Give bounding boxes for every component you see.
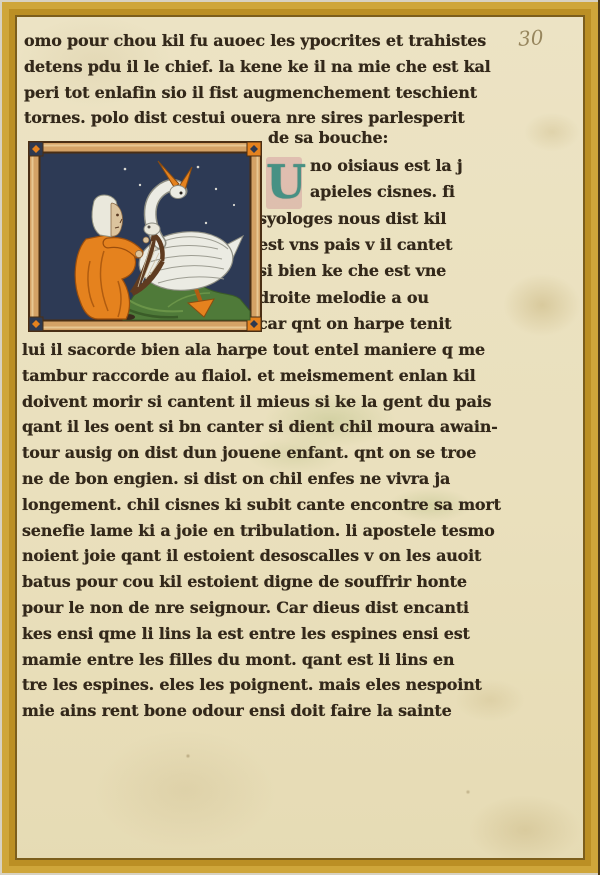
- illuminated-initial: U: [266, 157, 302, 209]
- right-column-indented: no oisiaus est la j apieles cisnes. fi: [310, 153, 462, 205]
- text-line: qant il les oent si bn canter si dient c…: [22, 414, 501, 440]
- text-line: lui il sacorde bien ala harpe tout entel…: [22, 337, 501, 363]
- text-line: si bien ke che est vne: [258, 258, 452, 284]
- text-line: peri tot enlafin sio il fist augmencheme…: [24, 80, 491, 106]
- top-text-block: omo pour chou kil fu auoec les ypocrites…: [24, 28, 491, 131]
- swan-miniature: [28, 141, 262, 332]
- text-line: mie ains rent bone odour ensi doit faire…: [22, 698, 501, 724]
- manuscript-page: 30 omo pour chou kil fu auoec les ypocri…: [0, 0, 600, 875]
- speech-line: de sa bouche:: [268, 128, 388, 147]
- text-line: est vns pais v il cantet: [258, 232, 452, 258]
- text-line: omo pour chou kil fu auoec les ypocrites…: [24, 28, 491, 54]
- text-line: syologes nous dist kil: [258, 206, 452, 232]
- text-line: mamie entre les filles du mont. qant est…: [22, 647, 501, 673]
- text-line: tambur raccorde au flaiol. et meismement…: [22, 363, 501, 389]
- text-line: apieles cisnes. fi: [310, 179, 462, 205]
- text-line: detens pdu il le chief. la kene ke il na…: [24, 54, 491, 80]
- text-line: pour le non de nre seignour. Car dieus d…: [22, 595, 501, 621]
- harp-ornament-detail: [148, 226, 151, 229]
- right-column: syologes nous dist kil est vns pais v il…: [258, 206, 452, 337]
- text-line: kes ensi qme li lins la est entre les es…: [22, 621, 501, 647]
- text-line: no oisiaus est la j: [310, 153, 462, 179]
- harp-ornament: [144, 223, 160, 235]
- text-line: car qnt on harpe tenit: [258, 311, 452, 337]
- swan-eye: [180, 192, 183, 195]
- folio-number: 30: [517, 25, 544, 51]
- text-line: noient joie qant il estoient desoscalles…: [22, 543, 501, 569]
- text-line: ne de bon engien. si dist on chil enfes …: [22, 466, 501, 492]
- text-line: tornes. polo dist cestui ouera nre sires…: [24, 105, 491, 131]
- text-line: doivent morir si cantent il mieus si ke …: [22, 389, 501, 415]
- text-line: tour ausig on dist dun jouene enfant. qn…: [22, 440, 501, 466]
- harpist-hand: [136, 251, 143, 258]
- text-line: batus pour cou kil estoient digne de sou…: [22, 569, 501, 595]
- text-line: tre les espines. eles les poignent. mais…: [22, 672, 501, 698]
- swan-head: [170, 186, 186, 199]
- text-line: longement. chil cisnes ki subit cante en…: [22, 492, 501, 518]
- body-text-block: lui il sacorde bien ala harpe tout entel…: [22, 337, 501, 724]
- swan-miniature-image: [28, 141, 262, 332]
- harpist-hand: [143, 237, 149, 243]
- text-line: droite melodie a ou: [258, 285, 452, 311]
- text-line: senefie lame ki a joie en tribulation. l…: [22, 518, 501, 544]
